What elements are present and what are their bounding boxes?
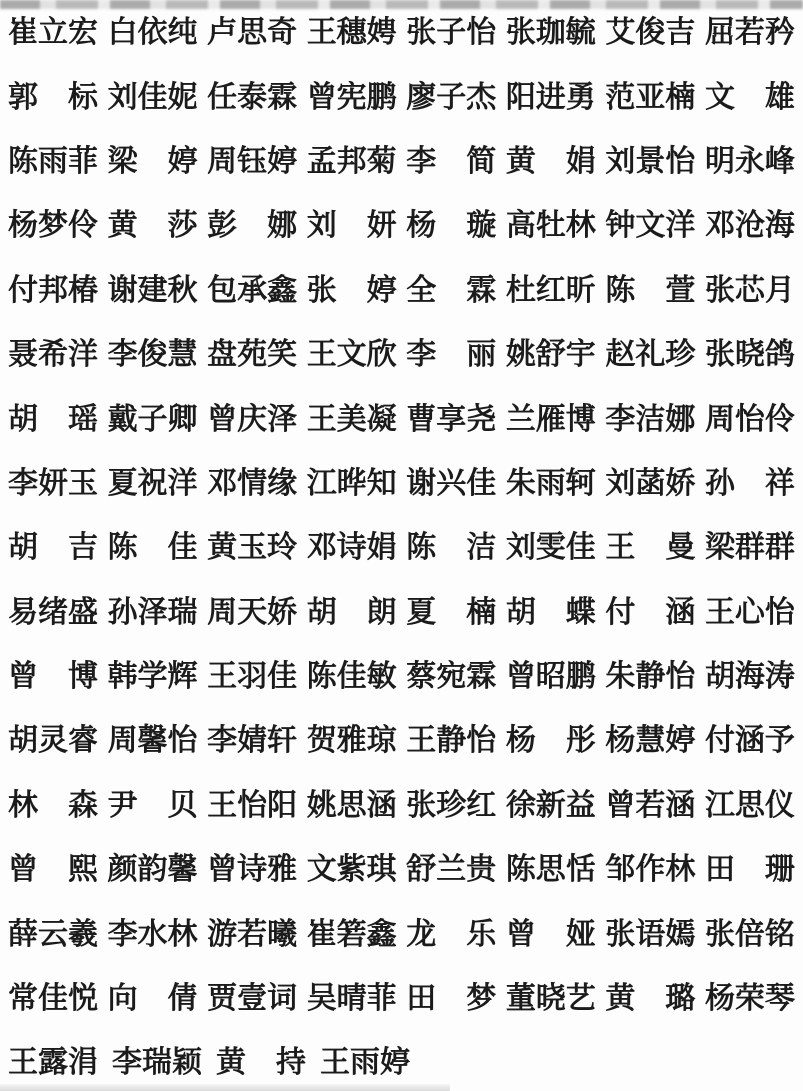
name-row: 曾 博韩学辉王羽佳陈佳敏蔡宛霖曾昭鹏朱静怡胡海涛: [0, 645, 803, 709]
name-item: 陈 佳: [108, 533, 198, 563]
name-item: 梁 婷: [108, 147, 198, 177]
name-item: 文 雄: [705, 83, 795, 113]
name-item: 李妍玉: [8, 469, 98, 499]
name-item: 王文欣: [307, 340, 397, 370]
name-item: 张语嫣: [605, 920, 695, 950]
name-row: 胡 瑶戴子卿曾庆泽王美凝曹享尧兰雁博李洁娜周怡伶: [0, 387, 803, 451]
name-row: 薛云羲李水林游若曦崔箬鑫龙 乐曾 娅张语嫣张倍铭: [0, 902, 803, 966]
name-item: 姚思涵: [307, 791, 397, 821]
name-item: 谢建秋: [108, 276, 198, 306]
name-row: 聂希洋李俊慧盘苑笑王文欣李 丽姚舒宇赵礼珍张晓鸽: [0, 323, 803, 387]
name-item: 曾宪鹏: [307, 83, 397, 113]
name-item: 张晓鸽: [705, 340, 795, 370]
name-item: 王穗娉: [307, 18, 397, 48]
name-item: 邹作林: [605, 855, 695, 885]
name-item: 梁群群: [705, 533, 795, 563]
name-item: 易绪盛: [8, 598, 98, 628]
name-item: 张倍铭: [705, 920, 795, 950]
name-item: 杨慧婷: [605, 726, 695, 756]
name-item: 韩学辉: [108, 662, 198, 692]
name-item: 崔立宏: [8, 18, 98, 48]
name-item: 戴子卿: [108, 405, 198, 435]
name-item: 刘菡娇: [605, 469, 695, 499]
name-item: 赵礼珍: [605, 340, 695, 370]
name-item: 张珈毓: [506, 18, 596, 48]
name-item: 夏祝洋: [108, 469, 198, 499]
name-item: 胡海涛: [705, 662, 795, 692]
name-row: 郭 标刘佳妮任泰霖曾宪鹏廖子杰阳进勇范亚楠文 雄: [0, 65, 803, 129]
name-item: 包承鑫: [207, 276, 297, 306]
name-item: 向 倩: [108, 984, 198, 1014]
name-item: 胡 朗: [307, 598, 397, 628]
name-item: 王心怡: [705, 598, 795, 628]
name-item: 邓沧海: [705, 211, 795, 241]
name-item: 李 丽: [406, 340, 496, 370]
name-item: 田 梦: [406, 984, 496, 1014]
name-item: 王 曼: [605, 533, 695, 563]
name-item: 徐新益: [506, 791, 596, 821]
name-item: 舒兰贵: [406, 855, 496, 885]
name-row: 曾 熙颜韵馨曾诗雅文紫琪舒兰贵陈思恬邹作林田 珊: [0, 838, 803, 902]
name-item: 屈若矜: [705, 18, 795, 48]
name-item: 任泰霖: [207, 83, 297, 113]
name-item: 周钰婷: [207, 147, 297, 177]
name-row: 胡 吉陈 佳黄玉玲邓诗娟陈 洁刘雯佳王 曼梁群群: [0, 516, 803, 580]
name-item: 孙泽瑞: [108, 598, 198, 628]
name-item: 李俊慧: [108, 340, 198, 370]
name-item: 周馨怡: [108, 726, 198, 756]
name-item: 张芯月: [705, 276, 795, 306]
name-item: 王雨婷: [320, 1048, 410, 1078]
name-row: 付邦椿谢建秋包承鑫张 婷全 霖杜红昕陈 萱张芯月: [0, 259, 803, 323]
name-item: 聂希洋: [8, 340, 98, 370]
name-row: 林 森尹 贝王怡阳姚思涵张珍红徐新益曾若涵江思仪: [0, 774, 803, 838]
name-item: 盘苑笑: [207, 340, 297, 370]
name-item: 黄 持: [216, 1048, 306, 1078]
name-item: 白依纯: [108, 18, 198, 48]
name-item: 尹 贝: [108, 791, 198, 821]
name-item: 范亚楠: [605, 83, 695, 113]
name-item: 付涵予: [705, 726, 795, 756]
name-item: 高牡林: [506, 211, 596, 241]
name-item: 黄 娟: [506, 147, 596, 177]
name-item: 刘 妍: [307, 211, 397, 241]
name-item: 周天娇: [207, 598, 297, 628]
name-item: 陈 萱: [605, 276, 695, 306]
name-item: 曾诗雅: [207, 855, 297, 885]
name-item: 黄玉玲: [207, 533, 297, 563]
name-grid: 崔立宏白依纯卢思奇王穗娉张子怡张珈毓艾俊吉屈若矜郭 标刘佳妮任泰霖曾宪鹏廖子杰阳…: [0, 1, 803, 1091]
name-row: 胡灵睿周馨怡李婧轩贺雅琼王静怡杨 彤杨慧婷付涵予: [0, 709, 803, 773]
name-item: 薛云羲: [8, 920, 98, 950]
name-item: 李水林: [108, 920, 198, 950]
name-item: 王怡阳: [207, 791, 297, 821]
name-item: 曾庆泽: [207, 405, 297, 435]
name-item: 张子怡: [406, 18, 496, 48]
name-item: 谢兴佳: [406, 469, 496, 499]
name-item: 常佳悦: [8, 984, 98, 1014]
name-item: 付 涵: [605, 598, 695, 628]
name-item: 曾 熙: [8, 855, 98, 885]
name-item: 胡 吉: [8, 533, 98, 563]
name-item: 江思仪: [705, 791, 795, 821]
name-row: 崔立宏白依纯卢思奇王穗娉张子怡张珈毓艾俊吉屈若矜: [0, 1, 803, 65]
name-item: 杨荣琴: [705, 984, 795, 1014]
name-item: 杨梦伶: [8, 211, 98, 241]
name-item: 陈雨菲: [8, 147, 98, 177]
name-item: 邓情缘: [207, 469, 297, 499]
name-item: 崔箬鑫: [307, 920, 397, 950]
name-item: 全 霖: [406, 276, 496, 306]
name-item: 王静怡: [406, 726, 496, 756]
name-item: 文紫琪: [307, 855, 397, 885]
name-item: 胡 蝶: [506, 598, 596, 628]
name-item: 李婧轩: [207, 726, 297, 756]
name-item: 陈思恬: [506, 855, 596, 885]
name-item: 刘佳妮: [108, 83, 198, 113]
name-item: 杨 彤: [506, 726, 596, 756]
name-item: 陈 洁: [406, 533, 496, 563]
name-item: 王羽佳: [207, 662, 297, 692]
name-item: 曾若涵: [605, 791, 695, 821]
name-item: 张 婷: [307, 276, 397, 306]
name-item: 孙 祥: [705, 469, 795, 499]
name-item: 郭 标: [8, 83, 98, 113]
name-item: 贺雅琼: [307, 726, 397, 756]
name-row: 王露涓李瑞颖黄 持王雨婷: [0, 1031, 803, 1091]
name-item: 田 珊: [705, 855, 795, 885]
name-item: 廖子杰: [406, 83, 496, 113]
name-item: 王美凝: [307, 405, 397, 435]
name-item: 曾 博: [8, 662, 98, 692]
name-row: 杨梦伶黄 莎彭 娜刘 妍杨 璇高牡林钟文洋邓沧海: [0, 194, 803, 258]
name-item: 曾 娅: [506, 920, 596, 950]
name-item: 刘雯佳: [506, 533, 596, 563]
name-item: 杜红昕: [506, 276, 596, 306]
name-item: 朱雨轲: [506, 469, 596, 499]
name-item: 胡灵睿: [8, 726, 98, 756]
name-item: 陈佳敏: [307, 662, 397, 692]
name-item: 张珍红: [406, 791, 496, 821]
name-item: 孟邦菊: [307, 147, 397, 177]
name-item: 王露涓: [8, 1048, 98, 1078]
name-row: 李妍玉夏祝洋邓情缘江晔知谢兴佳朱雨轲刘菡娇孙 祥: [0, 452, 803, 516]
name-item: 夏 楠: [406, 598, 496, 628]
name-item: 姚舒宇: [506, 340, 596, 370]
name-item: 杨 璇: [406, 211, 496, 241]
name-item: 蔡宛霖: [406, 662, 496, 692]
name-row: 陈雨菲梁 婷周钰婷孟邦菊李 简黄 娟刘景怡明永峰: [0, 130, 803, 194]
name-item: 艾俊吉: [605, 18, 695, 48]
name-item: 付邦椿: [8, 276, 98, 306]
name-item: 江晔知: [307, 469, 397, 499]
clipped-text-bottom-artifact: [0, 1084, 450, 1091]
name-item: 曾昭鹏: [506, 662, 596, 692]
name-item: 邓诗娟: [307, 533, 397, 563]
name-item: 吴晴菲: [307, 984, 397, 1014]
name-item: 李 简: [406, 147, 496, 177]
name-item: 游若曦: [207, 920, 297, 950]
name-item: 李瑞颖: [112, 1048, 202, 1078]
name-item: 龙 乐: [406, 920, 496, 950]
name-item: 董晓艺: [506, 984, 596, 1014]
name-item: 卢思奇: [207, 18, 297, 48]
name-item: 朱静怡: [605, 662, 695, 692]
name-item: 周怡伶: [705, 405, 795, 435]
name-item: 颜韵馨: [108, 855, 198, 885]
name-item: 黄 莎: [108, 211, 198, 241]
name-row: 常佳悦向 倩贾壹词吴晴菲田 梦董晓艺黄 璐杨荣琴: [0, 967, 803, 1031]
name-item: 林 森: [8, 791, 98, 821]
name-item: 兰雁博: [506, 405, 596, 435]
name-item: 彭 娜: [207, 211, 297, 241]
name-item: 明永峰: [705, 147, 795, 177]
name-item: 刘景怡: [605, 147, 695, 177]
name-item: 贾壹词: [207, 984, 297, 1014]
name-item: 胡 瑶: [8, 405, 98, 435]
name-item: 曹享尧: [406, 405, 496, 435]
name-item: 阳进勇: [506, 83, 596, 113]
name-item: 黄 璐: [605, 984, 695, 1014]
name-row: 易绪盛孙泽瑞周天娇胡 朗夏 楠胡 蝶付 涵王心怡: [0, 581, 803, 645]
name-item: 李洁娜: [605, 405, 695, 435]
name-item: 钟文洋: [605, 211, 695, 241]
